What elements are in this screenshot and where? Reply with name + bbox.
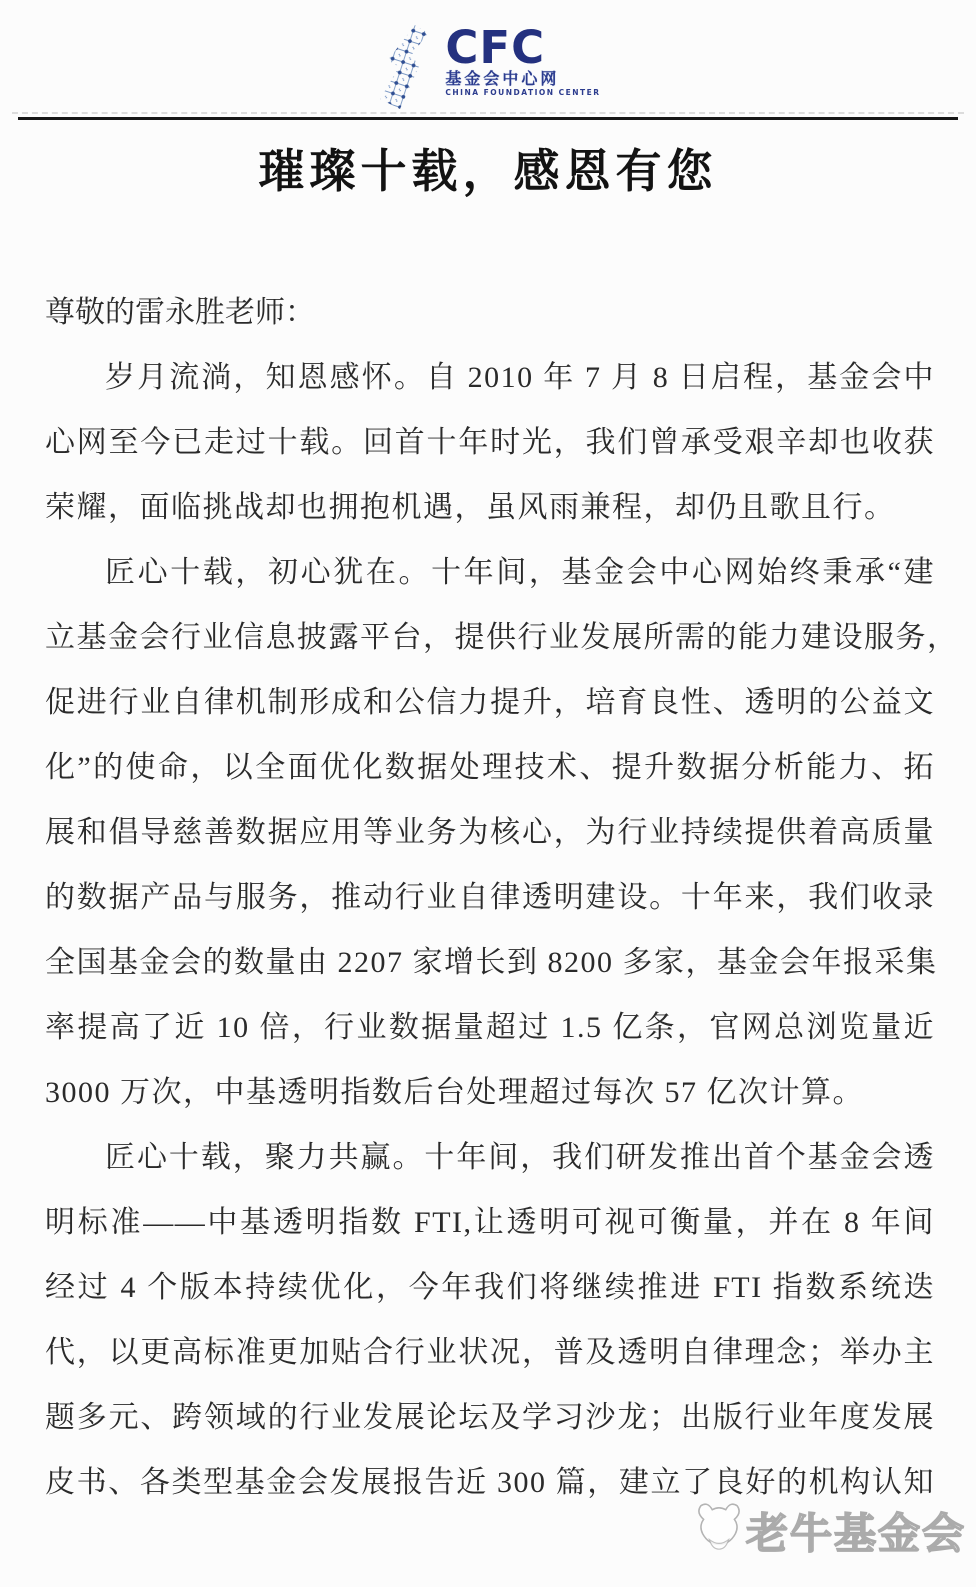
letter-line: 全国基金会的数量由 2207 家增长到 8200 多家，基金会年报采集 — [45, 930, 935, 995]
letter-line: 率提高了近 10 倍，行业数据量超过 1.5 亿条，官网总浏览量近 — [45, 995, 935, 1060]
letter-body-wrapper: 尊敬的雷永胜老师： 岁月流淌，知恩感怀。自 2010 年 7 月 8 日启程，基… — [45, 280, 935, 1515]
cfc-logo: CFC 基金会中心网 CHINA FOUNDATION CENTER — [0, 0, 976, 112]
letter-line: 的数据产品与服务，推动行业自律透明建设。十年来，我们收录 — [45, 865, 935, 930]
letter-line: 促进行业自律机制形成和公信力提升，培育良性、透明的公益文 — [45, 670, 935, 735]
cfc-name-cn: 基金会中心网 — [445, 70, 559, 88]
letter-line: 代，以更高标准更加贴合行业状况，普及透明自律理念；举办主 — [45, 1320, 935, 1385]
letter-body: 岁月流淌，知恩感怀。自 2010 年 7 月 8 日启程，基金会中心网至今已走过… — [45, 345, 935, 1515]
letter-line: 经过 4 个版本持续优化，今年我们将继续推进 FTI 指数系统迭 — [45, 1255, 935, 1320]
page-title: 璀璨十载，感恩有您 — [0, 142, 976, 202]
letter-line: 展和倡导慈善数据应用等业务为核心，为行业持续提供着高质量 — [45, 800, 935, 865]
letter-line: 岁月流淌，知恩感怀。自 2010 年 7 月 8 日启程，基金会中 — [45, 345, 935, 410]
letter-line: 题多元、跨领域的行业发展论坛及学习沙龙；出版行业年度发展 — [45, 1385, 935, 1450]
letter-line: 明标准——中基透明指数 FTI,让透明可视可衡量，并在 8 年间 — [45, 1190, 935, 1255]
cfc-lattice-icon — [375, 24, 437, 115]
letter-line: 3000 万次，中基透明指数后台处理超过每次 57 亿次计算。 — [45, 1060, 935, 1125]
letter-line: 匠心十载，聚力共赢。十年间，我们研发推出首个基金会透 — [45, 1125, 935, 1190]
letter-line: 皮书、各类型基金会发展报告近 300 篇，建立了良好的机构认知 — [45, 1450, 935, 1515]
letter-line: 匠心十载，初心犹在。十年间，基金会中心网始终秉承“建 — [45, 540, 935, 605]
letter-document-page: CFC 基金会中心网 CHINA FOUNDATION CENTER 璀璨十载，… — [0, 0, 976, 1587]
header-dashed-divider — [12, 112, 964, 114]
salutation: 尊敬的雷永胜老师： — [45, 280, 935, 345]
cfc-logo-text: CFC 基金会中心网 CHINA FOUNDATION CENTER — [445, 26, 600, 97]
cfc-name-en: CHINA FOUNDATION CENTER — [445, 88, 600, 97]
cfc-acronym: CFC — [445, 26, 545, 70]
letter-line: 立基金会行业信息披露平台，提供行业发展所需的能力建设服务， — [45, 605, 935, 670]
letter-line: 荣耀，面临挑战却也拥抱机遇，虽风雨兼程，却仍且歌且行。 — [45, 475, 935, 540]
letter-line: 心网至今已走过十载。回首十年时光，我们曾承受艰辛却也收获 — [45, 410, 935, 475]
letter-line: 化”的使命，以全面优化数据处理技术、提升数据分析能力、拓 — [45, 735, 935, 800]
header-divider — [18, 117, 958, 120]
